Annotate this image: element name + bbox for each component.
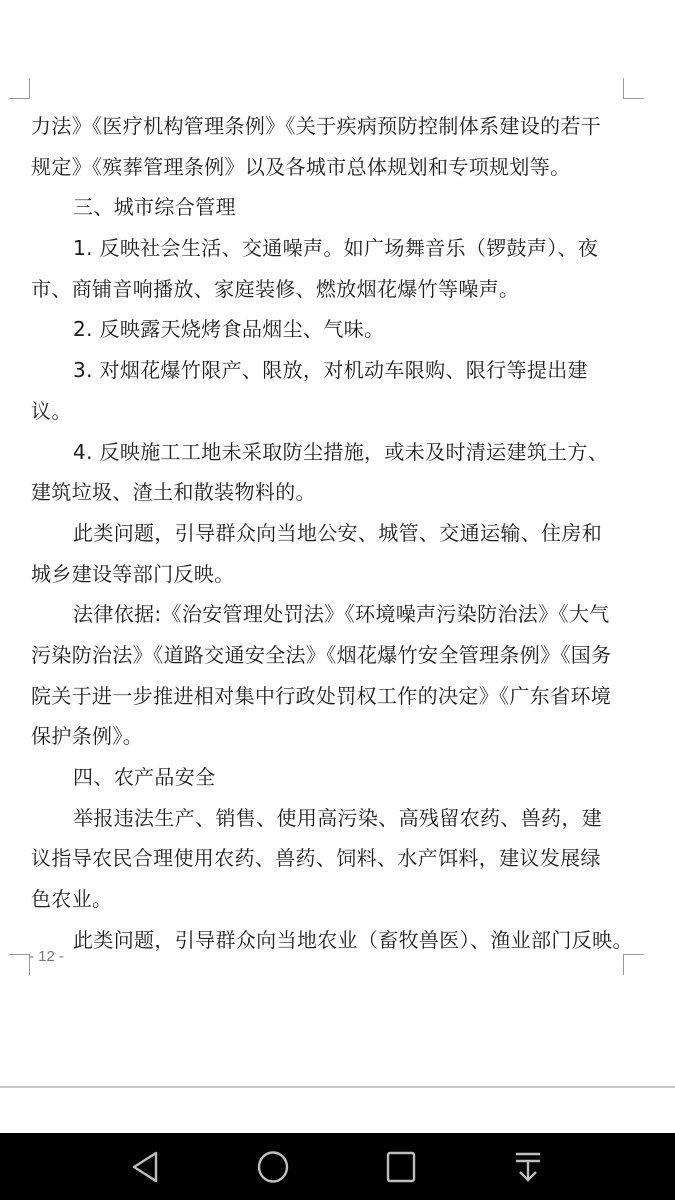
document-line: 法律依据:《治安管理处罚法》《环境噪声污染防治法》《大气	[31, 594, 631, 635]
document-line: 污染防治法》《道路交通安全法》《烟花爆竹安全管理条例》《国务	[31, 635, 631, 676]
document-line: 市、商铺音响播放、家庭装修、燃放烟花爆竹等噪声。	[31, 269, 631, 310]
document-line: 三、城市综合管理	[31, 187, 631, 228]
document-line: 此类问题，引导群众向当地农业（畜牧兽医）、渔业部门反映。	[31, 920, 631, 961]
document-line: 保护条例》。	[31, 716, 631, 757]
document-line: 1. 反映社会生活、交通噪声。如广场舞音乐（锣鼓声）、夜	[31, 228, 631, 269]
document-line: 规定》《殡葬管理条例》以及各城市总体规划和专项规划等。	[31, 147, 631, 188]
document-line: 力法》《医疗机构管理条例》《关于疾病预防控制体系建设的若干	[31, 106, 631, 147]
crop-mark-top-left	[9, 78, 30, 99]
document-body: 力法》《医疗机构管理条例》《关于疾病预防控制体系建设的若干规定》《殡葬管理条例》…	[31, 106, 631, 960]
page-number: - 12 -	[29, 948, 64, 965]
crop-mark-top-right	[623, 78, 644, 99]
home-button[interactable]	[256, 1150, 290, 1184]
document-line: 院关于进一步推进相对集中行政处罚权工作的决定》《广东省环境	[31, 676, 631, 717]
system-navigation-bar	[0, 1133, 675, 1200]
document-line: 4. 反映施工工地未采取防尘措施，或未及时清运建筑土方、	[31, 432, 631, 473]
page-bottom-edge	[0, 1086, 675, 1088]
document-page: 力法》《医疗机构管理条例》《关于疾病预防控制体系建设的若干规定》《殡葬管理条例》…	[0, 0, 675, 1088]
back-button[interactable]	[128, 1150, 162, 1184]
crop-mark-bottom-left	[9, 954, 30, 975]
document-line: 议。	[31, 391, 631, 432]
recents-button[interactable]	[384, 1150, 418, 1184]
document-line: 2. 反映露天烧烤食品烟尘、气味。	[31, 309, 631, 350]
document-line: 此类问题，引导群众向当地公安、城管、交通运输、住房和	[31, 513, 631, 554]
home-icon	[256, 1150, 290, 1184]
document-line: 建筑垃圾、渣土和散装物料的。	[31, 472, 631, 513]
document-line: 议指导农民合理使用农药、兽药、饲料、水产饵料，建议发展绿	[31, 838, 631, 879]
hide-navbar-icon	[513, 1150, 543, 1184]
document-line: 举报违法生产、销售、使用高污染、高残留农药、兽药，建	[31, 798, 631, 839]
back-icon	[130, 1150, 160, 1184]
document-line: 城乡建设等部门反映。	[31, 554, 631, 595]
hide-navbar-button[interactable]	[511, 1150, 545, 1184]
document-line: 色农业。	[31, 879, 631, 920]
recents-icon	[386, 1150, 416, 1184]
document-line: 3. 对烟花爆竹限产、限放，对机动车限购、限行等提出建	[31, 350, 631, 391]
document-line: 四、农产品安全	[31, 757, 631, 798]
